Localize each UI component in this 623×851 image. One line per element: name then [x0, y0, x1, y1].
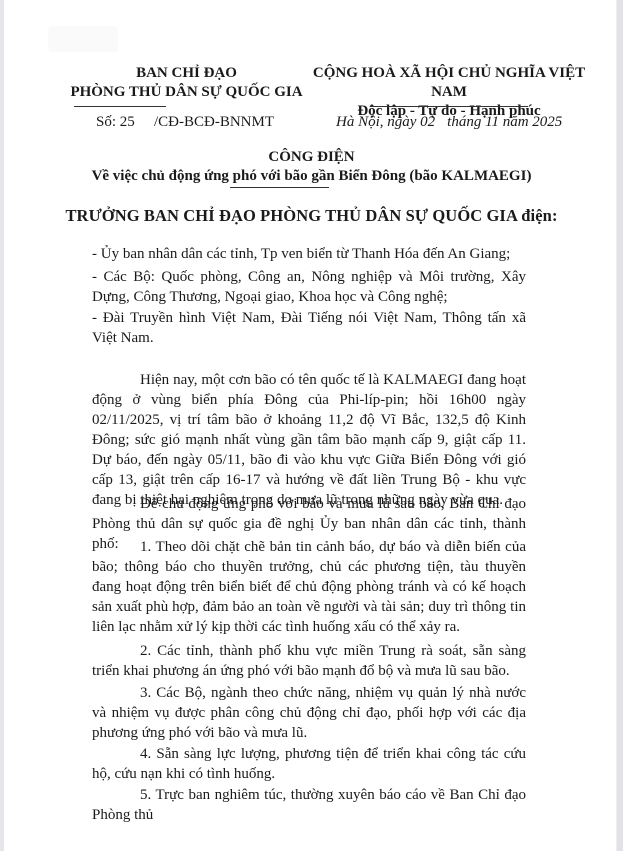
- directive-item: 1. Theo dõi chặt chẽ bản tin cảnh báo, d…: [92, 537, 526, 637]
- date-month-year: tháng 11 năm 2025: [447, 114, 562, 130]
- directive-item: 5. Trực ban nghiêm túc, thường xuyên báo…: [92, 785, 526, 825]
- faint-watermark: [48, 26, 118, 52]
- motto-underline: [370, 106, 528, 107]
- document-number: Số: 25/CĐ-BCĐ-BNNMT: [96, 112, 274, 132]
- document-date: Hà Nội, ngày 02tháng 11 năm 2025: [336, 112, 562, 132]
- nation-line-1: CỘNG HOÀ XÃ HỘI CHỦ NGHĨA VIỆT NAM: [300, 64, 598, 102]
- title-subject: Về việc chủ động ứng phó với bão gần Biể…: [92, 167, 532, 186]
- document-title: CÔNG ĐIỆN Về việc chủ động ứng phó với b…: [0, 148, 623, 186]
- issuer-header: BAN CHỈ ĐẠO PHÒNG THỦ DÂN SỰ QUỐC GIA: [64, 64, 309, 102]
- scrollbar[interactable]: [616, 0, 623, 851]
- directive-item: 4. Sẵn sàng lực lượng, phương tiện để tr…: [92, 744, 526, 784]
- document-number-suffix: /CĐ-BCĐ-BNNMT: [154, 114, 274, 130]
- title-main: CÔNG ĐIỆN: [0, 148, 623, 167]
- title-underline: [230, 187, 329, 188]
- recipient-item: - Đài Truyền hình Việt Nam, Đài Tiếng nó…: [92, 308, 526, 348]
- directive-item: 2. Các tỉnh, thành phố khu vực miền Trun…: [92, 641, 526, 681]
- date-day: Hà Nội, ngày 02: [336, 114, 435, 130]
- issuer-line-2: PHÒNG THỦ DÂN SỰ QUỐC GIA: [70, 83, 302, 102]
- issuer-underline: [74, 106, 166, 107]
- page-left-edge: [0, 0, 4, 851]
- body-paragraph: Hiện nay, một cơn bão có tên quốc tế là …: [92, 370, 526, 510]
- document-number-label: Số: 25: [96, 112, 154, 132]
- recipient-item: - Các Bộ: Quốc phòng, Công an, Nông nghi…: [92, 267, 526, 307]
- directive-item: 3. Các Bộ, ngành theo chức năng, nhiệm v…: [92, 683, 526, 743]
- sender-line: TRƯỞNG BAN CHỈ ĐẠO PHÒNG THỦ DÂN SỰ QUỐC…: [0, 205, 623, 227]
- issuer-line-1: BAN CHỈ ĐẠO: [64, 64, 309, 83]
- recipient-item: - Ủy ban nhân dân các tỉnh, Tp ven biển …: [92, 244, 526, 264]
